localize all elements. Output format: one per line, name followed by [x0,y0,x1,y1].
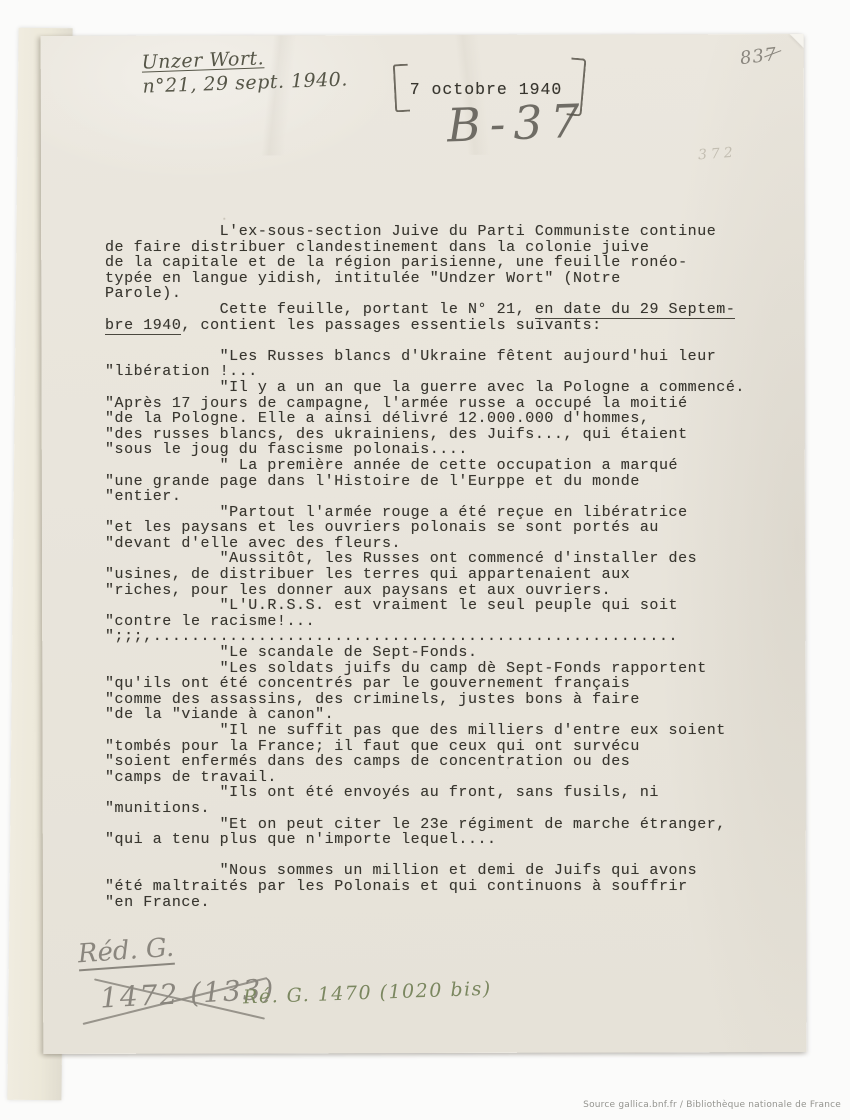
typed-line: bre 1940, contient les passages essentie… [105,318,765,334]
typed-line: "Il y a un an que la guerre avec la Polo… [105,380,765,396]
typed-line: "usines, de distribuer les terres qui ap… [105,567,765,583]
typed-line: "de la "viande à canon". [105,707,765,723]
typed-line: "Le scandale de Sept-Fonds. [105,645,765,661]
hand-bracket-left [393,64,410,113]
typed-line: "en France. [105,895,765,911]
typed-line: L'ex-sous-section Juive du Parti Communi… [105,224,765,240]
handwritten-source-note: Unzer Wort. n°21, 29 sept. 1940. [141,43,348,98]
typed-line: "une grande page dans l'Histoire de l'Eu… [105,474,765,490]
typed-line: "Les soldats juifs du camp dè Sept-Fonds… [105,661,765,677]
faint-pencil-mark: 372 [697,145,737,164]
typed-line: de faire distribuer clandestinement dans… [105,240,765,256]
typed-line: "qui a tenu plus que n'importe lequel...… [105,832,765,848]
typed-line: "riches, pour les donner aux paysans et … [105,583,765,599]
typed-line: "Ils ont été envoyés au front, sans fusi… [105,785,765,801]
typed-line: "comme des assassins, des criminels, jus… [105,692,765,708]
typed-line: "Et on peut citer le 23e régiment de mar… [105,817,765,833]
typed-line [105,848,765,864]
typed-line: Parole). [105,286,765,302]
pencil-file-mark: B-37 [446,98,588,149]
gallica-source-credit: Source gallica.bnf.fr / Bibliothèque nat… [583,1100,841,1110]
typed-line: "et les paysans et les ouvriers polonais… [105,520,765,536]
typed-line: "contre le racisme!... [105,614,765,630]
typed-line: "Aussitôt, les Russes ont commencé d'ins… [105,551,765,567]
typed-line: "tombés pour la France; il faut que ceux… [105,739,765,755]
typed-line: "qu'ils ont été concentrés par le gouver… [105,676,765,692]
typed-line [105,333,765,349]
typed-line: de la capitale et de la région parisienn… [105,255,765,271]
typed-line: "soient enfermés dans des camps de conce… [105,754,765,770]
typed-line: "libération !... [105,364,765,380]
typed-line: "Partout l'armée rouge a été reçue en li… [105,505,765,521]
typed-line: ";;;,...................................… [105,629,765,645]
typed-line: "Après 17 jours de campagne, l'armée rus… [105,396,765,412]
typed-line: "entier. [105,489,765,505]
page-corner-fold [790,34,804,48]
typed-line: "munitions. [105,801,765,817]
typed-line: "L'U.R.S.S. est vraiment le seul peuple … [105,598,765,614]
typed-line: "camps de travail. [105,770,765,786]
typed-line: Cette feuille, portant le N° 21, en date… [105,302,765,318]
typed-line: " La première année de cette occupation … [105,458,765,474]
typed-body: L'ex-sous-section Juive du Parti Communi… [105,224,765,910]
typed-line: "Les Russes blancs d'Ukraine fêtent aujo… [105,349,765,365]
typed-line: "des russes blancs, des ukrainiens, des … [105,427,765,443]
typed-line: "Il ne suffit pas que des milliers d'ent… [105,723,765,739]
pencil-folio-number: 837 [739,44,779,69]
typed-line: "de la Pologne. Elle a ainsi délivré 12.… [105,411,765,427]
typed-line: "Nous sommes un million et demi de Juifs… [105,863,765,879]
scan-background: { "annotations": { "top_left_line1": "Un… [0,0,850,1120]
typed-line: "été maltraités par les Polonais et qui … [105,879,765,895]
typed-line: typée en langue yidish, intitulée "Undze… [105,271,765,287]
typed-line: "sous le joug du fascisme polonais.... [105,442,765,458]
typed-line: "devant d'elle avec des fleurs. [105,536,765,552]
